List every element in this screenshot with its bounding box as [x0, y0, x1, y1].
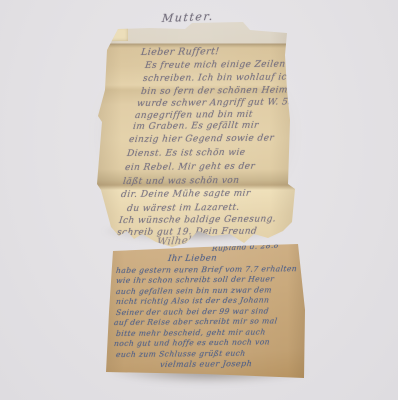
handwriting-line: Dienst. Es ist schön wie: [126, 148, 246, 159]
handwriting-line: einzig hier Gegend sowie der: [128, 133, 274, 145]
handwriting-line: du wärest im Lazarett.: [126, 203, 240, 214]
handwriting-line: wurde schwer Angriff gut W. 55.: [136, 97, 298, 109]
handwriting-line: bitte mehr bescheid, geht mir auch: [115, 327, 266, 338]
handwriting-line: wie ihr schon schreibt soll der Heuer: [115, 274, 274, 285]
handwriting-line: dir. Deine Mühe sagte mir: [120, 189, 251, 200]
handwriting-line: Seiner der auch bei der 99 war sind: [115, 306, 269, 317]
handwriting-line: nicht richtig Also ist der des Johann: [115, 295, 269, 306]
handwriting-line: angegriffen und bin mit: [134, 110, 253, 121]
folded-letter: Lieber Ruffert! Es freute mich einige Ze…: [95, 21, 296, 248]
handwriting-line: auf der Reise aber schreibt mir so mal: [113, 316, 277, 327]
letter-tape-patch: [107, 27, 128, 41]
letter-signature: Wilhelm: [156, 235, 202, 248]
handwriting-line: schreiben. Ich bin wohlauf ich: [142, 72, 293, 84]
handwriting-line: läßt und was schön von: [122, 176, 239, 187]
handwriting-line: Ich wünsche baldige Genesung.: [118, 214, 276, 226]
handwriting-line: habe gestern euren Brief vom 7.7 erhalte…: [115, 264, 297, 275]
handwriting-line: noch gut und hoffe es euch noch von: [113, 337, 270, 348]
handwriting-line: auch gefallen sein bin nun zwar dem: [115, 285, 272, 296]
handwriting-line: euch zum Schlusse grüßt euch: [115, 349, 246, 359]
letter-greeting: Lieber Ruffert!: [140, 46, 220, 58]
postcard-dateline: Rußland d. 28.8: [212, 241, 280, 253]
postcard-signature: vielmals euer Joseph: [159, 359, 252, 369]
handwriting-line: bin so fern der schönen Heimat: [140, 85, 298, 97]
handwriting-line: im Graben. Es gefällt mir: [132, 121, 259, 132]
handwriting-line: ein Rebel. Mir geht es der: [124, 162, 255, 173]
postcard-greeting: Ihr Lieben: [167, 253, 217, 264]
handwriting-line: Es freute mich einige Zeilen: [144, 60, 286, 71]
letter-top-annotation: Mutter.: [161, 10, 214, 25]
photo-background: Mutter. Lieber Ruffert! Es freute mich e…: [0, 0, 398, 400]
postcard: Rußland d. 28.8 Ihr Lieben habe gestern …: [104, 242, 308, 382]
